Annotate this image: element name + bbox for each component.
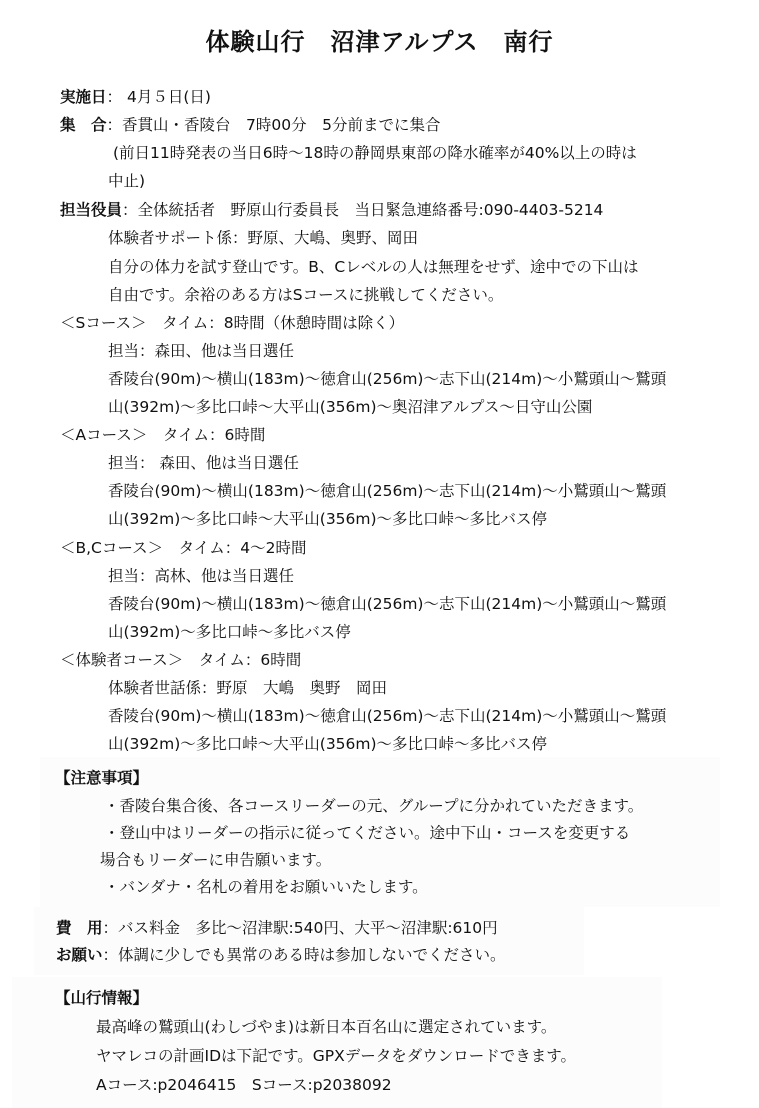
cautions-heading: 【注意事項】 <box>55 768 148 788</box>
course-beginner-route-line2: 山(392m)〜多比口峠〜大平山(356m)〜多比口峠〜多比バス停 <box>108 734 547 754</box>
page-title: 体験山行 沼津アルプス 南行 <box>0 22 759 57</box>
info-heading: 【山行情報】 <box>55 988 148 1008</box>
course-s-lead: 担当：森田、他は当日選任 <box>108 341 294 361</box>
date-value: 4月５日(日) <box>122 88 211 106</box>
course-bc-route-line1: 香陵台(90m)〜横山(183m)〜徳倉山(256m)〜志下山(214m)〜小鷲… <box>108 594 666 614</box>
course-beginner-header: ＜体験者コース＞ タイム：6時間 <box>60 650 301 670</box>
caution-item: ・登山中はリーダーの指示に従ってください。途中下山・コースを変更する <box>104 823 630 843</box>
staff-sep: ： <box>122 201 138 219</box>
meeting-note-line1: (前日11時発表の当日6時〜18時の静岡県東部の降水確率が40%以上の時は <box>113 143 637 163</box>
caution-item: ・香陵台集合後、各コースリーダーの元、グループに分かれていただきます。 <box>104 796 643 816</box>
meeting-row: 集 合：香貫山・香陵台 7時00分 5分前までに集合 <box>60 115 440 135</box>
meeting-sep: ： <box>107 116 123 134</box>
course-s-route-line1: 香陵台(90m)〜横山(183m)〜徳倉山(256m)〜志下山(214m)〜小鷲… <box>108 369 666 389</box>
meeting-value: 香貫山・香陵台 7時00分 5分前までに集合 <box>122 116 440 134</box>
info-line: ヤマレコの計画IDは下記です。GPXデータをダウンロードできます。 <box>96 1046 576 1066</box>
course-s-header: ＜Sコース＞ タイム：8時間（休憩時間は除く） <box>60 313 404 333</box>
course-bc-lead: 担当：高林、他は当日選任 <box>108 566 294 586</box>
cost-row: 費 用：バス料金 多比〜沼津駅:540円、大平〜沼津駅:610円 <box>56 918 498 938</box>
staff-desc-line2: 自由です。余裕のある方はSコースに挑戦してください。 <box>108 285 503 305</box>
request-sep: ： <box>103 946 119 964</box>
staff-support: 体験者サポート係：野原、大嶋、奥野、岡田 <box>108 228 418 248</box>
course-a-route-line1: 香陵台(90m)〜横山(183m)〜徳倉山(256m)〜志下山(214m)〜小鷲… <box>108 481 666 501</box>
cost-label: 費 用 <box>56 919 103 937</box>
course-beginner-lead: 体験者世話係：野原 大嶋 奥野 岡田 <box>108 678 387 698</box>
staff-label: 担当役員 <box>60 201 122 219</box>
course-bc-header: ＜B,Cコース＞ タイム：4〜2時間 <box>60 538 307 558</box>
date-row: 実施日： 4月５日(日) <box>60 87 211 107</box>
staff-value: 全体統括者 野原山行委員長 当日緊急連絡番号:090-4403-5214 <box>138 201 604 219</box>
request-row: お願い：体調に少しでも異常のある時は参加しないでください。 <box>56 945 506 965</box>
course-a-route-line2: 山(392m)〜多比口峠〜大平山(356m)〜多比口峠〜多比バス停 <box>108 509 547 529</box>
caution-item: ・バンダナ・名札の着用をお願いいたします。 <box>104 877 428 897</box>
course-a-lead: 担当： 森田、他は当日選任 <box>108 453 299 473</box>
staff-row: 担当役員：全体統括者 野原山行委員長 当日緊急連絡番号:090-4403-521… <box>60 200 603 220</box>
course-bc-route-line2: 山(392m)〜多比口峠〜多比バス停 <box>108 622 351 642</box>
info-line: 最高峰の鷲頭山(わしづやま)は新日本百名山に選定されています。 <box>96 1017 556 1037</box>
staff-desc-line1: 自分の体力を試す登山です。B、Cレベルの人は無理をせず、途中での下山は <box>108 257 638 277</box>
cost-value: バス料金 多比〜沼津駅:540円、大平〜沼津駅:610円 <box>118 919 498 937</box>
date-sep: ： <box>107 88 123 106</box>
cost-sep: ： <box>103 919 119 937</box>
request-value: 体調に少しでも異常のある時は参加しないでください。 <box>118 946 506 964</box>
meeting-label: 集 合 <box>60 116 107 134</box>
caution-item: 場合もリーダーに申告願います。 <box>100 850 331 870</box>
course-s-route-line2: 山(392m)〜多比口峠〜大平山(356m)〜奥沼津アルプス〜日守山公園 <box>108 397 592 417</box>
meeting-note-line2: 中止) <box>108 171 145 191</box>
info-line: Aコース:p2046415 Sコース:p2038092 <box>96 1075 392 1095</box>
request-label: お願い <box>56 946 103 964</box>
date-label: 実施日 <box>60 88 107 106</box>
course-a-header: ＜Aコース＞ タイム：6時間 <box>60 425 265 445</box>
course-beginner-route-line1: 香陵台(90m)〜横山(183m)〜徳倉山(256m)〜志下山(214m)〜小鷲… <box>108 706 666 726</box>
